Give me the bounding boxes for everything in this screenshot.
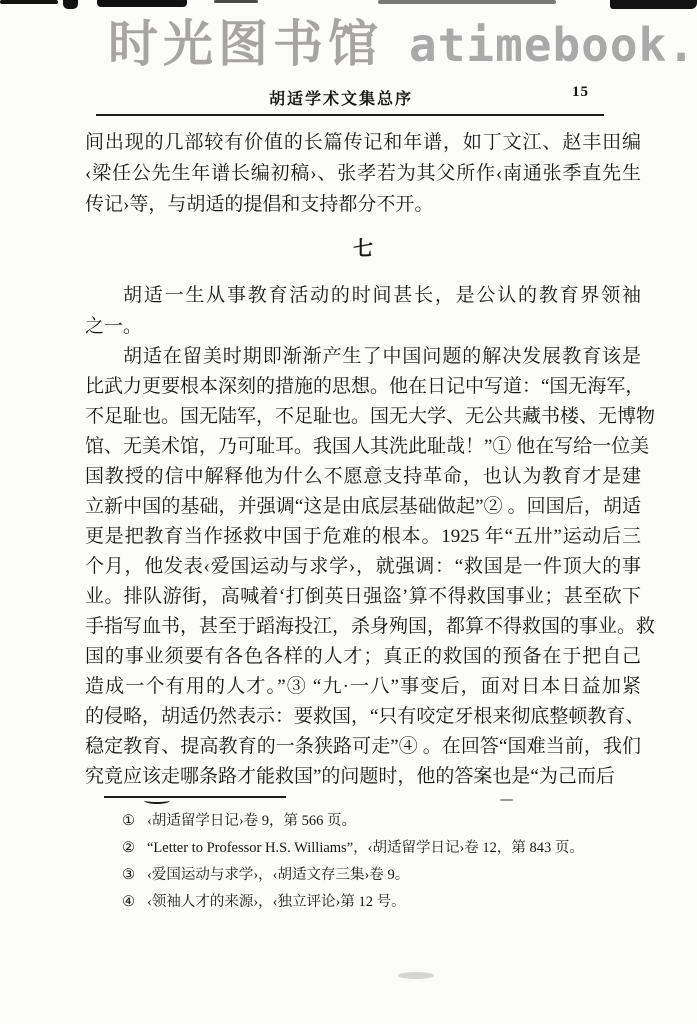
footnote-marker: ③ bbox=[122, 867, 135, 883]
text-line: 稳定教育、提高教育的一条狭路可走”④ 。在回答“国难当前，我们 bbox=[85, 732, 641, 762]
footnote-text: “Letter to Professor H.S. Williams”，‹胡适留… bbox=[147, 840, 584, 856]
text-line: ‹梁任公先生年谱长编初稿›、张孝若为其父所作‹南通张季直先生 bbox=[85, 158, 641, 189]
footnote: ④‹领袖人才的来源›，‹独立评论›第 12 号。 bbox=[122, 889, 646, 916]
footnote: ③‹爱国运动与求学›，‹胡适文存三集›卷 9。 bbox=[122, 862, 646, 889]
text-line: 胡适一生从事教育活动的时间甚长，是公认的教育界领袖 bbox=[85, 280, 641, 311]
text-line: 间出现的几部较有价值的长篇传记和年谱，如丁文江、赵丰田编 bbox=[85, 127, 641, 158]
text-line: 不足耻也。国无陆军，不足耻也。国无大学、无公共藏书楼、无博物 bbox=[85, 402, 641, 432]
scan-smudge bbox=[500, 799, 513, 801]
scan-artifact bbox=[214, 0, 258, 3]
running-title: 胡适学术文集总序 bbox=[269, 91, 413, 108]
text-line: 之一。 bbox=[85, 311, 641, 342]
text-line: 的侵略，胡适仍然表示：要救国，“只有咬定牙根来彻底整顿教育、 bbox=[85, 702, 641, 732]
page-number: 15 bbox=[572, 84, 589, 101]
footnote-text: ‹领袖人才的来源›，‹独立评论›第 12 号。 bbox=[147, 894, 406, 910]
scan-smudge bbox=[398, 972, 434, 979]
section-number: 七 bbox=[85, 234, 641, 264]
text-line: 更是把教育当作拯救中国于危难的根本。1925 年“五卅”运动后三 bbox=[85, 522, 641, 552]
watermark-chinese-text: 时光图书馆 bbox=[108, 4, 383, 76]
scan-artifact bbox=[63, 0, 78, 9]
text-line: 国教授的信中解释他为什么不愿意支持革命，也认为教育才是建 bbox=[85, 462, 641, 492]
text-line: 个月，他发表‹爱国运动与求学›，就强调：“救国是一件顶大的事 bbox=[85, 552, 641, 582]
footnote-marker: ② bbox=[122, 840, 135, 856]
footnote-text: ‹爱国运动与求学›，‹胡适文存三集›卷 9。 bbox=[147, 867, 409, 883]
text-line: 国的事业须要有各色各样的人才；真正的救国的预备在于把自己 bbox=[85, 642, 641, 672]
text-line: 传记›等，与胡适的提倡和支持都分不开。 bbox=[85, 189, 641, 220]
footnote-marker: ④ bbox=[122, 894, 135, 910]
scan-artifact bbox=[0, 0, 58, 4]
book-page-scan: 时光图书馆 atimebook. 胡适学术文集总序 15 间出现的几部较有价值的… bbox=[0, 0, 697, 1024]
footnote-text: ‹胡适留学日记›卷 9，第 566 页。 bbox=[147, 813, 356, 829]
text-line: 胡适在留美时期即渐渐产生了中国问题的解决发展教育该是 bbox=[85, 342, 641, 372]
text-line: 业。排队游街，高喊着‘打倒英日强盗’算不得救国事业；甚至砍下 bbox=[85, 582, 641, 612]
paragraph-continued: 间出现的几部较有价值的长篇传记和年谱，如丁文江、赵丰田编 ‹梁任公先生年谱长编初… bbox=[85, 127, 641, 220]
footnote-marker: ① bbox=[122, 813, 135, 829]
watermark: 时光图书馆 atimebook. bbox=[108, 4, 696, 76]
footnote-separator bbox=[104, 796, 286, 798]
paragraph: 胡适一生从事教育活动的时间甚长，是公认的教育界领袖 之一。 bbox=[85, 280, 641, 342]
text-line: 究竟应该走哪条路才能救国”的问题时，他的答案也是“为己而后 bbox=[85, 762, 641, 792]
text-line: 比武力更要根本深刻的措施的思想。他在日记中写道：“国无海军， bbox=[85, 372, 641, 402]
paragraph: 胡适在留美时期即渐渐产生了中国问题的解决发展教育该是 比武力更要根本深刻的措施的… bbox=[85, 342, 641, 792]
header-rule bbox=[96, 114, 604, 116]
text-line: 手指写血书，甚至于蹈海投江，杀身殉国，都算不得救国的事业。救 bbox=[85, 612, 641, 642]
watermark-latin-text: atimebook. bbox=[409, 18, 696, 72]
running-header: 胡适学术文集总序 bbox=[85, 86, 597, 109]
text-line: 立新中国的基础，并强调“这是由底层基础做起”② 。回国后，胡适 bbox=[85, 492, 641, 522]
footnote: ②“Letter to Professor H.S. Williams”，‹胡适… bbox=[122, 835, 646, 862]
footnotes: ①‹胡适留学日记›卷 9，第 566 页。 ②“Letter to Profes… bbox=[122, 808, 646, 916]
text-line: 馆、无美术馆，乃可耻耳。我国人其洗此耻哉！”① 他在写给一位美 bbox=[85, 432, 641, 462]
footnote: ①‹胡适留学日记›卷 9，第 566 页。 bbox=[122, 808, 646, 835]
text-line: 造成一个有用的人才。”③ “九·一八”事变后，面对日本日益加紧 bbox=[85, 672, 641, 702]
page-body: 间出现的几部较有价值的长篇传记和年谱，如丁文江、赵丰田编 ‹梁任公先生年谱长编初… bbox=[85, 127, 641, 792]
